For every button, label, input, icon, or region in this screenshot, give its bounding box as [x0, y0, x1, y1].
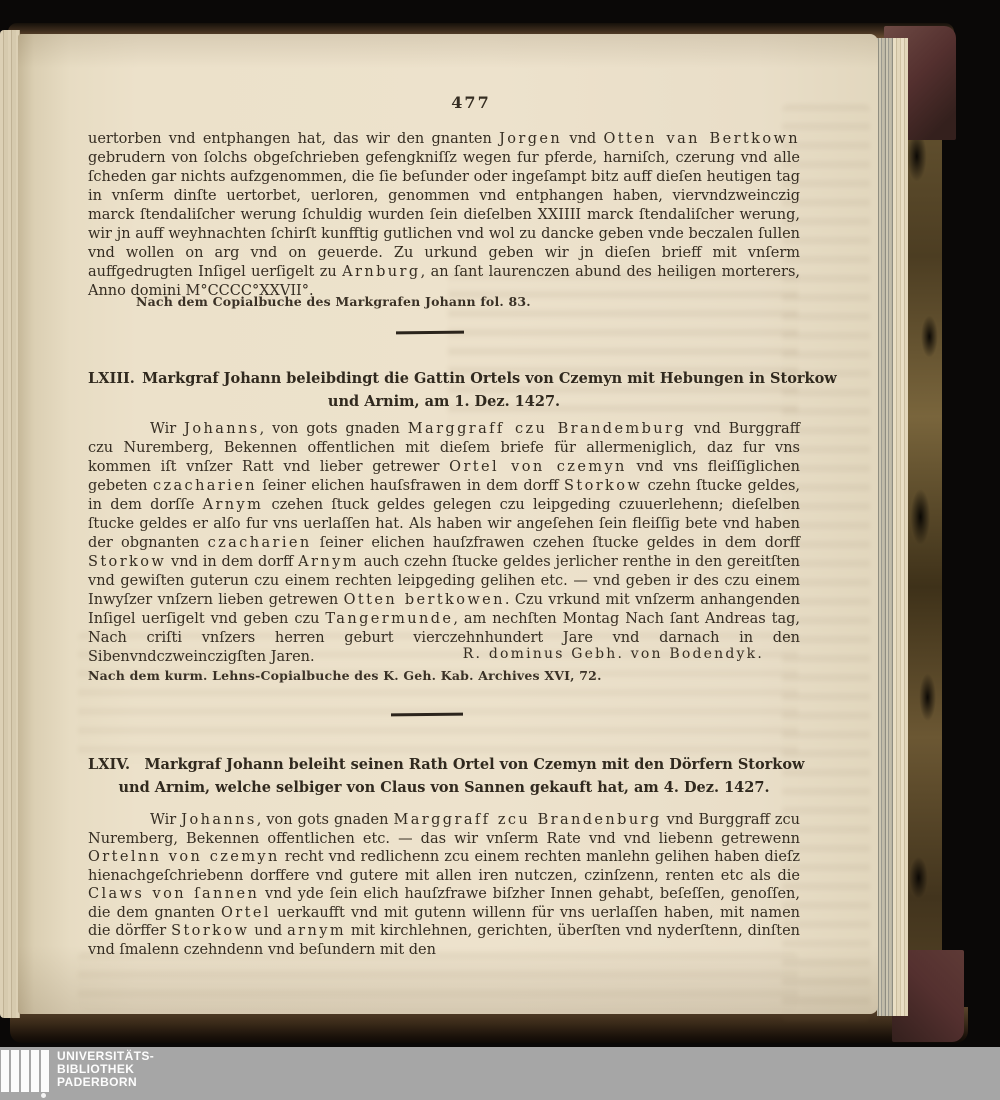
section-divider	[391, 713, 463, 716]
library-logo-bars-icon	[1, 1050, 49, 1092]
library-name: UNIVERSITÄTS- BIBLIOTHEK PADERBORN	[57, 1050, 154, 1090]
section-heading-lxiv: LXIV. Markgraf Johann beleiht seinen Rat…	[88, 753, 800, 799]
source-citation: Nach dem kurm. Lehns-Copialbuche des K. …	[88, 668, 602, 683]
section-heading-lxiii: LXIII. Markgraf Johann beleibdingt die G…	[88, 367, 800, 413]
page-fore-edge	[877, 38, 893, 1016]
book-page: 477 uertorben vnd entphangen hat, das wi…	[18, 34, 878, 1014]
chancellery-signature: R. dominus Gebh. von Bodendyk.	[88, 646, 800, 662]
section-body-lxiv: Wir Johanns, von gots gnaden Marggraff z…	[88, 811, 800, 959]
heading-line: LXIII. Markgraf Johann beleibdingt die G…	[88, 367, 800, 390]
source-citation: Nach dem Copialbuche des Markgrafen Joha…	[136, 294, 531, 309]
paragraph-continuation: uertorben vnd entphangen hat, das wir de…	[88, 130, 800, 301]
page-content: 477 uertorben vnd entphangen hat, das wi…	[88, 34, 800, 1014]
section-divider	[396, 331, 464, 334]
section-body-lxiii: Wir Johanns, von gots gnaden Marggraff c…	[88, 420, 800, 667]
heading-line: und Arnim, am 1. Dez. 1427.	[88, 390, 800, 413]
page-fore-edge-inner	[893, 38, 908, 1016]
heading-line: LXIV. Markgraf Johann beleiht seinen Rat…	[88, 753, 800, 776]
heading-line: und Arnim, welche selbiger von Claus von…	[88, 776, 800, 799]
book-scan: 477 uertorben vnd entphangen hat, das wi…	[0, 0, 1000, 1100]
library-watermark-bar: UNIVERSITÄTS- BIBLIOTHEK PADERBORN	[0, 1047, 1000, 1100]
page-number: 477	[88, 93, 800, 112]
page-stack-left-edge	[0, 30, 20, 1018]
library-logo-dot-icon	[41, 1093, 46, 1098]
marbled-cover-strip	[906, 36, 942, 1038]
library-name-line: PADERBORN	[57, 1076, 154, 1089]
